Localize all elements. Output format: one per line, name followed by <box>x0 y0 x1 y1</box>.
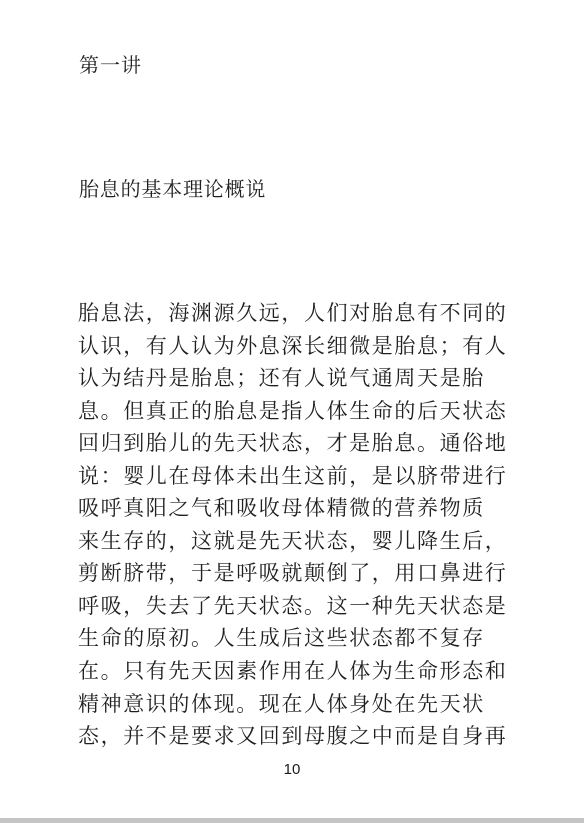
body-line: 剪断脐带，于是呼吸就颠倒了，用口鼻进行 <box>78 557 538 590</box>
body-line: 吸呼真阳之气和吸收母体精微的营养物质 <box>78 492 538 525</box>
body-line: 在。只有先天因素作用在人体为生命形态和 <box>78 655 538 688</box>
section-title: 胎息的基本理论概说 <box>79 175 266 205</box>
chapter-heading: 第一讲 <box>79 52 142 80</box>
body-line: 生命的原初。人生成后这些状态都不复存 <box>78 622 538 655</box>
body-line: 回归到胎儿的先天状态，才是胎息。通俗地 <box>78 427 538 460</box>
body-line: 息。但真正的胎息是指人体生命的后天状态 <box>78 395 538 428</box>
body-line: 认为结丹是胎息；还有人说气通周天是胎 <box>78 362 538 395</box>
document-page: 第一讲 胎息的基本理论概说 胎息法，海渊源久远，人们对胎息有不同的 认识，有人认… <box>0 0 584 823</box>
body-line: 认识，有人认为外息深长细微是胎息；有人 <box>78 330 538 363</box>
body-line: 胎息法，海渊源久远，人们对胎息有不同的 <box>78 297 538 330</box>
page-edge-divider <box>0 818 584 823</box>
body-paragraph: 胎息法，海渊源久远，人们对胎息有不同的 认识，有人认为外息深长细微是胎息；有人 … <box>78 297 538 753</box>
page-number: 10 <box>0 761 584 778</box>
body-line: 说：婴儿在母体未出生这前，是以脐带进行 <box>78 460 538 493</box>
body-line: 呼吸，失去了先天状态。这一种先天状态是 <box>78 590 538 623</box>
body-line: 来生存的，这就是先天状态，婴儿降生后， <box>78 525 538 558</box>
body-line: 精神意识的体现。现在人体身处在先天状 <box>78 688 538 721</box>
body-line: 态，并不是要求又回到母腹之中而是自身再 <box>78 720 538 753</box>
